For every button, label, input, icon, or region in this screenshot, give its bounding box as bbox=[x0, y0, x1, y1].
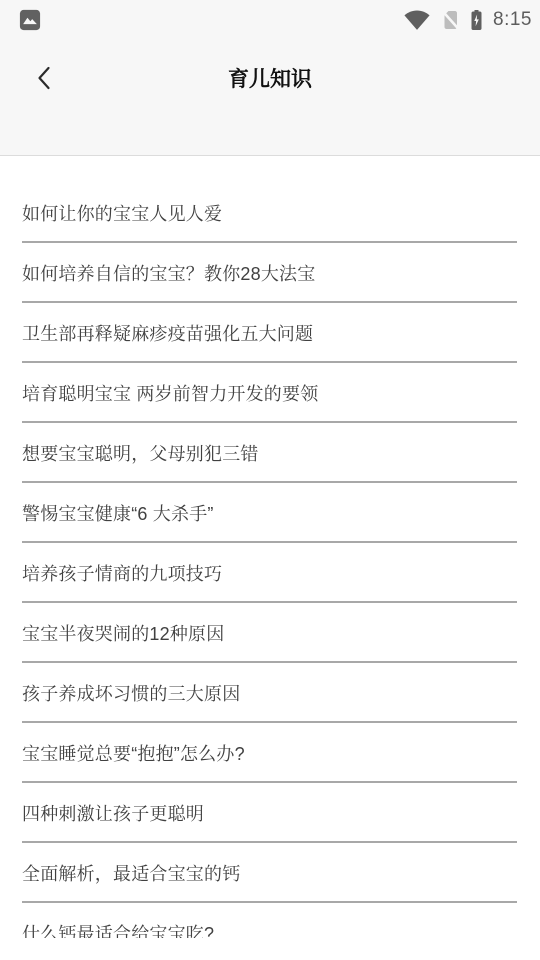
list-item[interactable]: 培育聪明宝宝 两岁前智力开发的要领 bbox=[0, 363, 540, 423]
list-item[interactable]: 卫生部再释疑麻疹疫苗强化五大问题 bbox=[0, 303, 540, 363]
article-title: 卫生部再释疑麻疹疫苗强化五大问题 bbox=[22, 320, 313, 346]
chevron-left-icon bbox=[35, 65, 53, 91]
article-title: 全面解析，最适合宝宝的钙 bbox=[22, 860, 240, 886]
list-item[interactable]: 警惕宝宝健康“6 大杀手” bbox=[0, 483, 540, 543]
photo-icon bbox=[19, 9, 41, 31]
app-header: 育儿知识 bbox=[0, 40, 540, 116]
article-title: 如何让你的宝宝人见人爱 bbox=[22, 200, 222, 226]
list-item[interactable]: 什么钙最适合给宝宝吃? bbox=[0, 903, 540, 938]
article-title: 宝宝睡觉总要“抱抱”怎么办? bbox=[22, 740, 245, 766]
list-item[interactable]: 四种刺激让孩子更聪明 bbox=[0, 783, 540, 843]
list-item[interactable]: 想要宝宝聪明，父母别犯三错 bbox=[0, 423, 540, 483]
no-sim-icon bbox=[438, 8, 462, 32]
back-button[interactable] bbox=[30, 64, 58, 92]
list-item[interactable]: 如何让你的宝宝人见人爱 bbox=[0, 183, 540, 243]
list-item[interactable]: 全面解析，最适合宝宝的钙 bbox=[0, 843, 540, 903]
status-bar: 8:15 bbox=[0, 0, 540, 40]
article-title: 警惕宝宝健康“6 大杀手” bbox=[22, 500, 214, 526]
list-item[interactable]: 宝宝睡觉总要“抱抱”怎么办? bbox=[0, 723, 540, 783]
article-title: 四种刺激让孩子更聪明 bbox=[22, 800, 204, 826]
list-item[interactable]: 如何培养自信的宝宝？教你28大法宝 bbox=[0, 243, 540, 303]
article-list-viewport[interactable]: 如何让你的宝宝人见人爱 如何培养自信的宝宝？教你28大法宝 卫生部再释疑麻疹疫苗… bbox=[0, 157, 540, 938]
battery-charging-icon bbox=[469, 8, 484, 32]
article-title: 宝宝半夜哭闹的12种原因 bbox=[22, 620, 224, 646]
list-item[interactable]: 宝宝半夜哭闹的12种原因 bbox=[0, 603, 540, 663]
article-title: 如何培养自信的宝宝？教你28大法宝 bbox=[22, 260, 315, 286]
wifi-icon bbox=[403, 9, 431, 31]
article-title: 培育聪明宝宝 两岁前智力开发的要领 bbox=[22, 380, 318, 406]
article-title: 培养孩子情商的九项技巧 bbox=[22, 560, 222, 586]
list-item[interactable]: 培养孩子情商的九项技巧 bbox=[0, 543, 540, 603]
article-title: 孩子养成坏习惯的三大原因 bbox=[22, 680, 240, 706]
article-list: 如何让你的宝宝人见人爱 如何培养自信的宝宝？教你28大法宝 卫生部再释疑麻疹疫苗… bbox=[0, 157, 540, 938]
top-bar: 8:15 育儿知识 bbox=[0, 0, 540, 156]
page-title: 育儿知识 bbox=[0, 63, 540, 93]
status-bar-clock: 8:15 bbox=[493, 9, 532, 31]
article-title: 什么钙最适合给宝宝吃? bbox=[22, 920, 214, 938]
article-title: 想要宝宝聪明，父母别犯三错 bbox=[22, 440, 259, 466]
list-item[interactable]: 孩子养成坏习惯的三大原因 bbox=[0, 663, 540, 723]
